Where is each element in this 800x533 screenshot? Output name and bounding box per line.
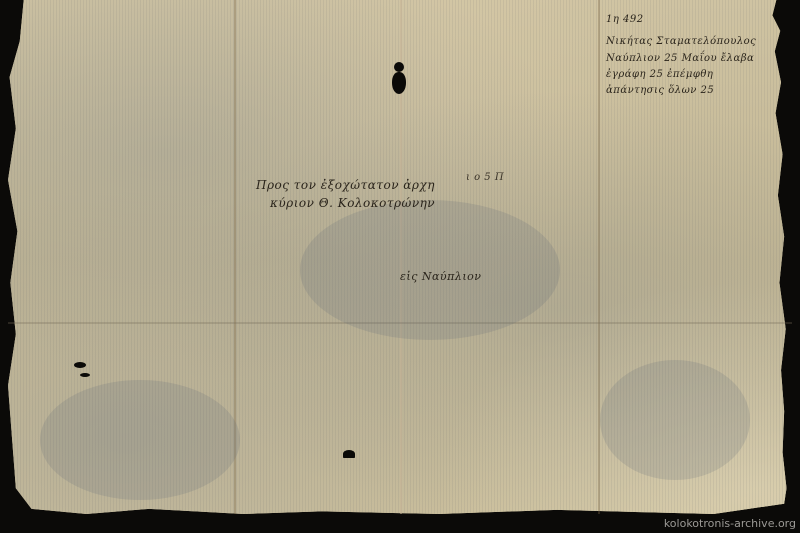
docket-line: 1η 492 (606, 14, 644, 25)
wormhole (394, 62, 404, 72)
docket-line: Νικήτας Σταματελόπουλος (606, 36, 756, 47)
docket-line: ἀπάντησις ὅλων 25 (606, 85, 714, 96)
address-line-2: κύριον Θ. Κολοκοτρώνην (270, 196, 435, 210)
ink-blot (80, 373, 90, 377)
address-line-1: Προς τον ἐξοχώτατον ἀρχη (256, 178, 435, 192)
destination-note: εἰς Ναύπλιον (400, 270, 481, 283)
address-mark: ι ο 5 Π (466, 172, 504, 183)
ink-blot (74, 362, 86, 368)
docket-line: Ναύπλιον 25 Μαΐου ἔλαβα (606, 53, 754, 64)
water-stain (600, 360, 750, 480)
wormhole (343, 450, 355, 458)
scanned-document: Προς τον ἐξοχώτατον ἀρχη κύριον Θ. Κολοκ… (0, 0, 800, 533)
water-stain (40, 380, 240, 500)
fold-line-vertical (598, 0, 600, 514)
docket-line: ἐγράφη 25 ἐπέμφθη (606, 69, 713, 80)
wormhole (392, 72, 406, 94)
archive-watermark: kolokotronis-archive.org (664, 517, 796, 530)
